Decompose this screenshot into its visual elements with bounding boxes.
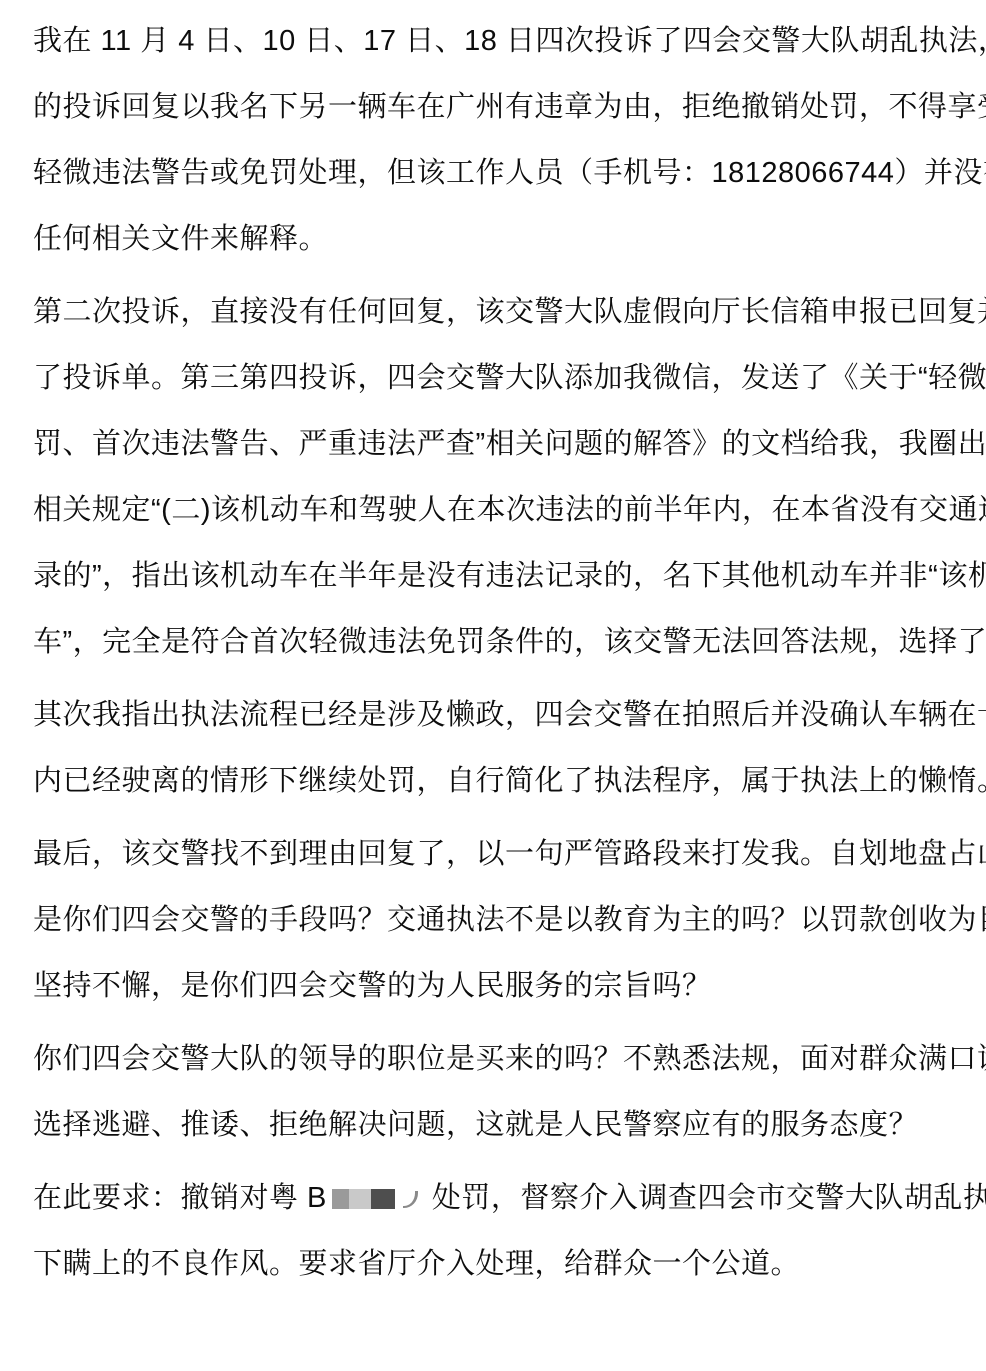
text-line: 最后，该交警找不到理由回复了，以一句严管路段来打发我。自划地盘占山为王: [33, 821, 958, 887]
text-line: 第二次投诉，直接没有任何回复，该交警大队虚假向厅长信箱申报已回复并关闭: [33, 279, 958, 345]
text-line: 其次我指出执法流程已经是涉及懒政，四会交警在拍照后并没确认车辆在十分钟: [33, 682, 958, 748]
text-line: 了投诉单。第三第四投诉，四会交警大队添加我微信，发送了《关于“轻微违法免: [33, 345, 958, 411]
text-line: 录的”，指出该机动车在半年是没有违法记录的，名下其他机动车并非“该机动: [33, 543, 958, 609]
redaction-mosaic: [332, 1189, 395, 1209]
text-line: 是你们四会交警的手段吗？交通执法不是以教育为主的吗？以罚款创收为目的，: [33, 887, 958, 953]
complaint-document: 我在 11 月 4 日、10 日、17 日、18 日四次投诉了四会交警大队胡乱执…: [0, 0, 986, 1297]
paragraph-3: 其次我指出执法流程已经是涉及懒政，四会交警在拍照后并没确认车辆在十分钟 内已经驶…: [33, 682, 958, 814]
text-line: 我在 11 月 4 日、10 日、17 日、18 日四次投诉了四会交警大队胡乱执…: [33, 8, 958, 74]
text-line: 内已经驶离的情形下继续处罚，自行简化了执法程序，属于执法上的懒惰。: [33, 748, 958, 814]
text-line: 你们四会交警大队的领导的职位是买来的吗？不熟悉法规，面对群众满口谎言，: [33, 1026, 958, 1092]
redacted-line-before: 在此要求：撤销对粤 B: [33, 1182, 327, 1214]
text-line: 相关规定“(二)该机动车和驾驶人在本次违法的前半年内，在本省没有交通违法记: [33, 477, 958, 543]
text-line: 罚、首次违法警告、严重违法严查”相关问题的解答》的文档给我，我圈出里面的: [33, 411, 958, 477]
redacted-line-after: 处罚，督察介入调查四会市交警大队胡乱执法，欺: [432, 1182, 986, 1214]
paragraph-6: 在此要求：撤销对粤 B处罚，督察介入调查四会市交警大队胡乱执法，欺 下瞒上的不良…: [33, 1165, 958, 1297]
text-line-with-redaction: 在此要求：撤销对粤 B处罚，督察介入调查四会市交警大队胡乱执法，欺: [33, 1165, 958, 1231]
text-line: 车”，完全是符合首次轻微违法免罚条件的，该交警无法回答法规，选择了沉默。: [33, 609, 958, 675]
text-line: 轻微违法警告或免罚处理，但该工作人员（手机号：18128066744）并没有出示: [33, 140, 958, 206]
paragraph-5: 你们四会交警大队的领导的职位是买来的吗？不熟悉法规，面对群众满口谎言， 选择逃避…: [33, 1026, 958, 1158]
text-line: 选择逃避、推诿、拒绝解决问题，这就是人民警察应有的服务态度？: [33, 1092, 958, 1158]
text-line: 任何相关文件来解释。: [33, 206, 958, 272]
paragraph-2: 第二次投诉，直接没有任何回复，该交警大队虚假向厅长信箱申报已回复并关闭 了投诉单…: [33, 279, 958, 675]
paragraph-1: 我在 11 月 4 日、10 日、17 日、18 日四次投诉了四会交警大队胡乱执…: [33, 8, 958, 272]
text-line: 的投诉回复以我名下另一辆车在广州有违章为由，拒绝撤销处罚，不得享受首次: [33, 74, 958, 140]
partial-character-remnant: [403, 1191, 418, 1208]
text-line: 下瞒上的不良作风。要求省厅介入处理，给群众一个公道。: [33, 1231, 958, 1297]
text-line: 坚持不懈，是你们四会交警的为人民服务的宗旨吗？: [33, 953, 958, 1019]
paragraph-4: 最后，该交警找不到理由回复了，以一句严管路段来打发我。自划地盘占山为王 是你们四…: [33, 821, 958, 1019]
